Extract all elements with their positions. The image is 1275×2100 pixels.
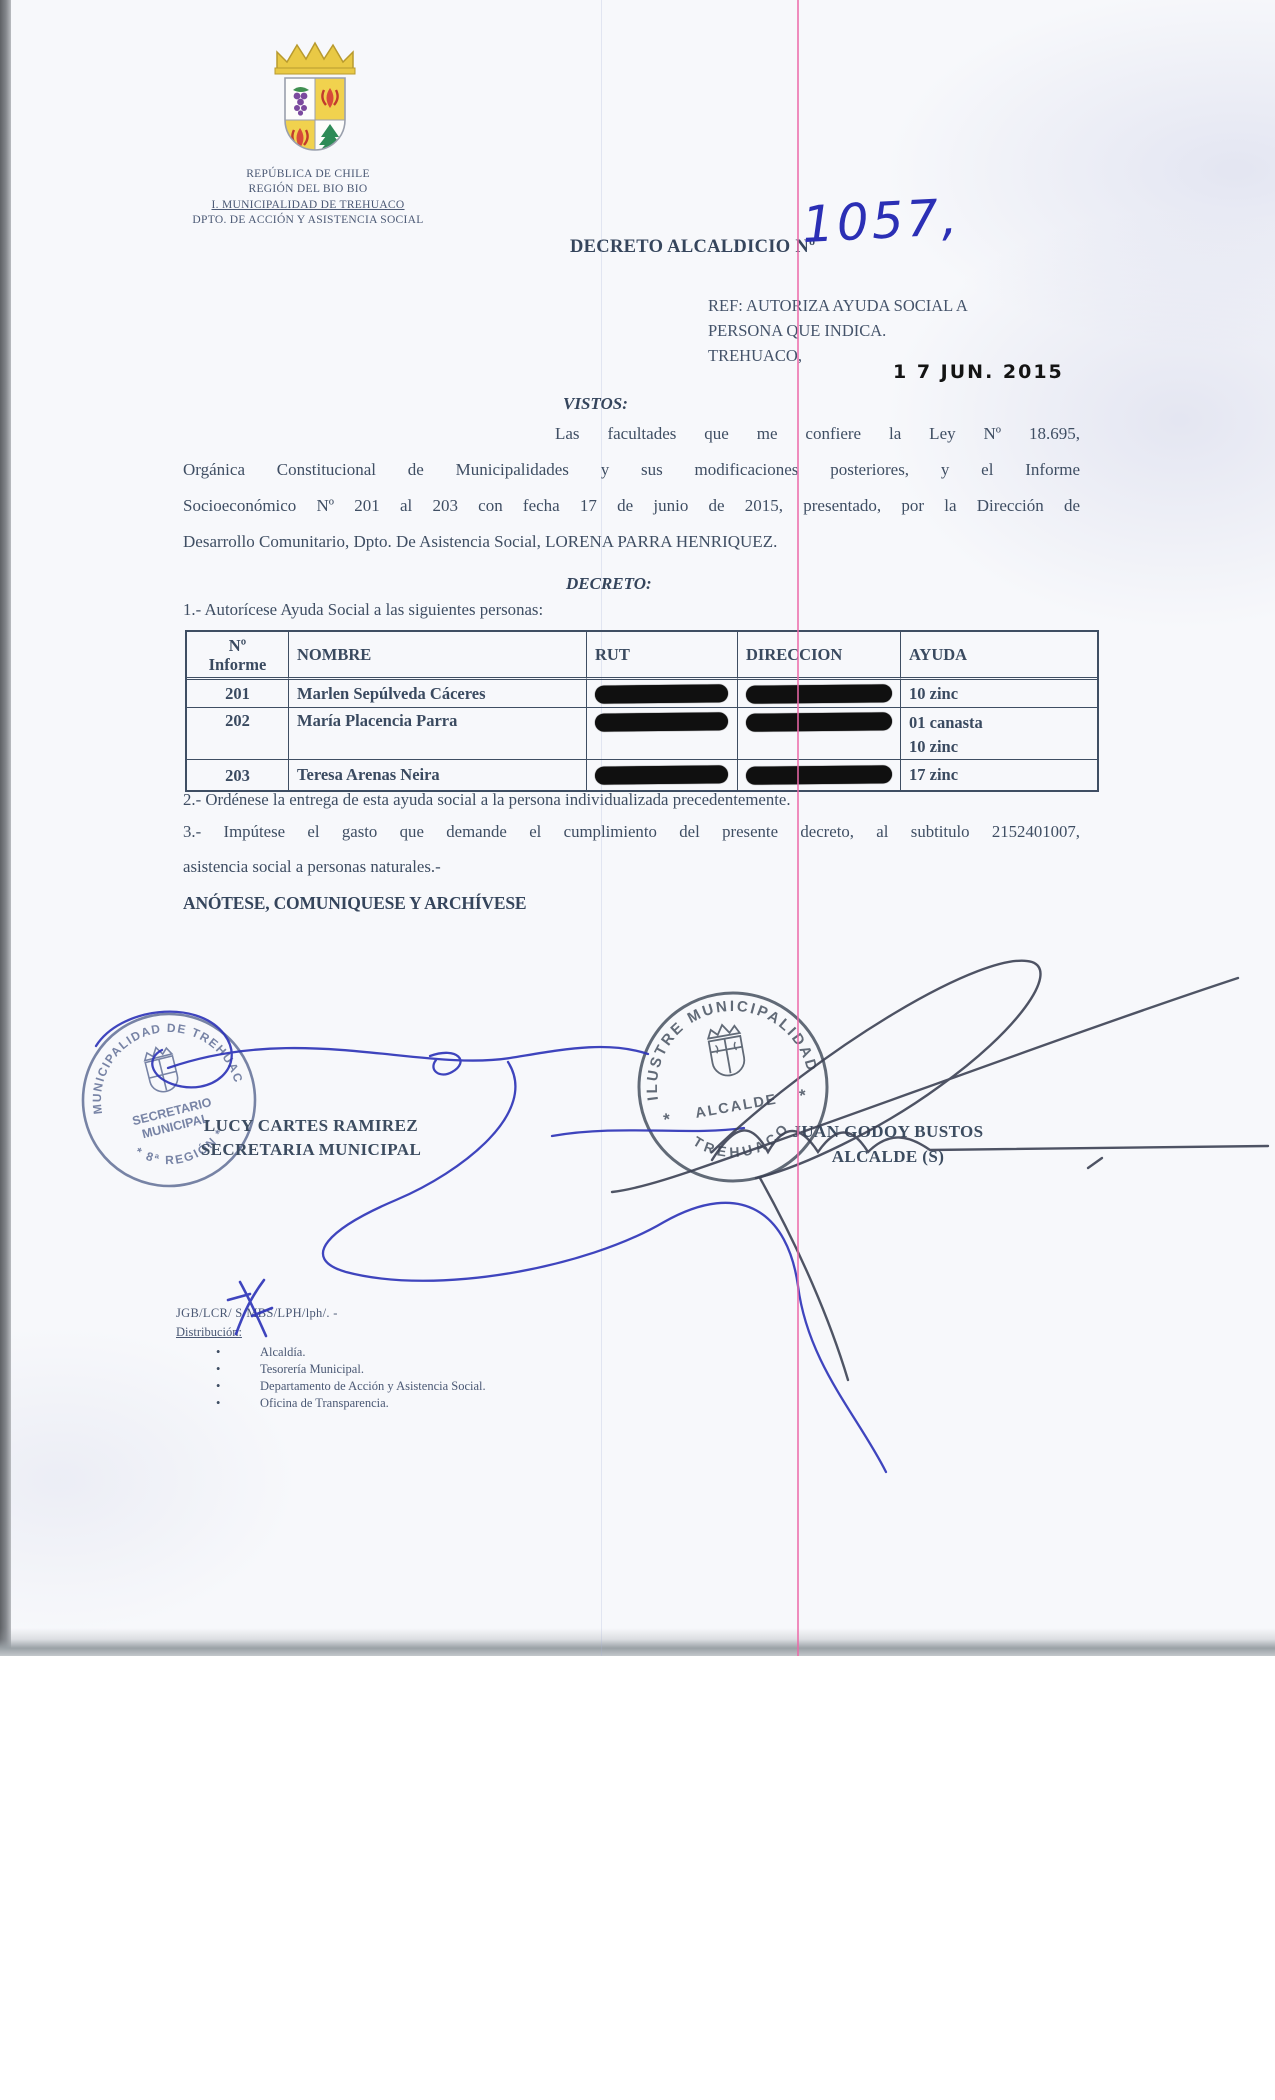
paper-fold-line (601, 0, 602, 1656)
mayor-title: ALCALDE (S) (762, 1147, 1014, 1167)
stamp-crest-icon (706, 1022, 746, 1078)
vistos-paragraph: Las facultades que me confiere la Ley Nº… (183, 424, 1080, 568)
redaction-bar (746, 684, 892, 704)
date-stamp: 1 7 JUN. 2015 (893, 361, 1064, 383)
row-201-direccion-redacted (738, 680, 901, 708)
row-202-nombre: María Placencia Parra (289, 708, 587, 760)
mayor-round-stamp: ILUSTRE MUNICIPALIDAD TREHUACO ALCALDE *… (617, 971, 849, 1203)
col-header-rut: RUT (587, 632, 738, 680)
col-header-direccion: DIRECCION (738, 632, 901, 680)
letterhead-region: REGIÓN DEL BIO BIO (147, 182, 469, 197)
distribution-item: Tesorería Municipal. (216, 1361, 716, 1378)
scanned-decree-page: REPÚBLICA DE CHILE REGIÓN DEL BIO BIO I.… (0, 0, 1275, 2100)
row-203-informe: 203 (187, 760, 289, 790)
secretary-title: SECRETARIA MUNICIPAL (185, 1140, 437, 1160)
letterhead: REPÚBLICA DE CHILE REGIÓN DEL BIO BIO I.… (147, 167, 469, 228)
redaction-bar (595, 765, 728, 784)
distribution-list: Alcaldía. Tesorería Municipal. Departame… (216, 1344, 716, 1412)
vistos-line-4: Desarrollo Comunitario, Dpto. De Asisten… (183, 532, 1080, 552)
secretary-name-block: LUCY CARTES RAMIREZ SECRETARIA MUNICIPAL (185, 1116, 437, 1160)
row-202-rut-redacted (587, 708, 738, 760)
closing-formula: ANÓTESE, COMUNIQUESE Y ARCHÍVESE (183, 893, 526, 914)
distribution-item: Alcaldía. (216, 1344, 716, 1361)
stamp-star-left: * (662, 1109, 672, 1129)
aid-table: Nº Informe NOMBRE RUT DIRECCION AYUDA 20… (185, 630, 1099, 792)
mayor-name-block: JUAN GODOY BUSTOS ALCALDE (S) (762, 1122, 1014, 1167)
decreto-item-2: 2.- Ordénese la entrega de esta ayuda so… (183, 790, 791, 810)
stamp-star-right: * (798, 1086, 808, 1106)
decree-title: DECRETO ALCALDICIO Nº (570, 237, 815, 258)
secretary-round-stamp: I. MUNICIPALIDAD DE TREHUACO * 8ª REGIÓN… (60, 991, 278, 1209)
row-201-nombre: Marlen Sepúlveda Cáceres (289, 680, 587, 708)
row-203-ayuda: 17 zinc (901, 760, 1097, 790)
scanner-left-edge (0, 0, 11, 1656)
decreto-item-1: 1.- Autorícese Ayuda Social a las siguie… (183, 600, 543, 620)
redaction-bar (746, 765, 892, 785)
col-header-nombre: NOMBRE (289, 632, 587, 680)
scanner-pink-artifact-line (797, 0, 799, 1656)
redaction-bar (746, 712, 892, 732)
handwritten-decree-number: 1057, (801, 188, 962, 254)
letterhead-country: REPÚBLICA DE CHILE (147, 167, 469, 182)
letterhead-department: DPTO. DE ACCIÓN Y ASISTENCIA SOCIAL (147, 213, 469, 228)
redaction-bar (595, 712, 728, 731)
col-header-informe: Nº Informe (187, 632, 289, 680)
coat-of-arms (259, 38, 371, 164)
responsibility-initials: JGB/LCR/ S/MBS/LPH/lph/. - (176, 1306, 338, 1321)
mayor-name: JUAN GODOY BUSTOS (762, 1122, 1014, 1142)
stamp-crest-icon (142, 1044, 180, 1094)
row-202-ayuda: 01 canasta 10 zinc (901, 708, 1097, 760)
row-202-informe: 202 (187, 708, 289, 760)
scan-bottom-edge-shadow (0, 1628, 1275, 1656)
ref-line-1: REF: AUTORIZA AYUDA SOCIAL A (708, 293, 968, 318)
secretary-name: LUCY CARTES RAMIREZ (185, 1116, 437, 1136)
redaction-bar (595, 684, 728, 703)
crown-icon (277, 43, 353, 70)
row-203-direccion-redacted (738, 760, 901, 790)
vistos-heading: VISTOS: (563, 394, 628, 414)
distribution-item: Departamento de Acción y Asistencia Soci… (216, 1378, 716, 1395)
row-203-nombre: Teresa Arenas Neira (289, 760, 587, 790)
col-header-ayuda: AYUDA (901, 632, 1097, 680)
decreto-item-3-line-2: asistencia social a personas naturales.- (183, 857, 441, 877)
row-201-informe: 201 (187, 680, 289, 708)
letterhead-municipality: I. MUNICIPALIDAD DE TREHUACO (147, 198, 469, 213)
decreto-heading: DECRETO: (566, 574, 652, 594)
ref-line-2: PERSONA QUE INDICA. (708, 318, 968, 343)
decreto-item-3-line-1: 3.- Impútese el gasto que demande el cum… (183, 822, 1080, 842)
scanned-paper: REPÚBLICA DE CHILE REGIÓN DEL BIO BIO I.… (0, 0, 1275, 1656)
vistos-line-1: Las facultades que me confiere la Ley Nº… (183, 424, 1080, 444)
row-201-rut-redacted (587, 680, 738, 708)
stamp-center-text: ALCALDE (694, 1092, 779, 1122)
ref-block: REF: AUTORIZA AYUDA SOCIAL A PERSONA QUE… (708, 293, 968, 368)
vistos-line-2: Orgánica Constitucional de Municipalidad… (183, 460, 1080, 480)
row-203-rut-redacted (587, 760, 738, 790)
row-201-ayuda: 10 zinc (901, 680, 1097, 708)
distribution-item: Oficina de Transparencia. (216, 1395, 716, 1412)
vistos-line-3: Socioeconómico Nº 201 al 203 con fecha 1… (183, 496, 1080, 516)
row-202-direccion-redacted (738, 708, 901, 760)
distribution-heading: Distribución: (176, 1325, 242, 1340)
